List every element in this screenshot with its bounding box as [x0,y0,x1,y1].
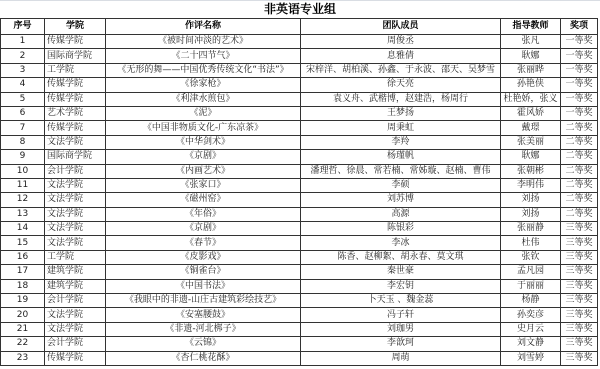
row-college: 工学院 [45,63,106,77]
row-award: 一等奖 [561,63,598,77]
table-row: 11文法学院《张家口》李硕李明伟二等奖 [1,178,598,192]
row-teacher: 孙奕彦 [501,308,561,322]
row-work: 《徐家枪》 [106,78,301,92]
row-work: 《京剧》 [106,150,301,164]
row-work: 《中华剑术》 [106,135,301,149]
row-no: 1 [1,35,45,49]
row-award: 二等奖 [561,178,598,192]
row-college: 建筑学院 [45,265,106,279]
row-members: 息雅倩 [301,49,501,63]
row-college: 传媒学院 [45,92,106,106]
row-college: 工学院 [45,250,106,264]
table-row: 10会计学院《内画艺术》潘理哲、徐晨、常若楠、常姊璇、赵楠、曹伟张朝彬二等奖 [1,164,598,178]
row-award: 一等奖 [561,49,598,63]
row-award: 二等奖 [561,135,598,149]
table-row: 22会计学院《云锦》李歆珂刘文静三等奖 [1,337,598,351]
table-row: 18建筑学院《中国书法》李宏钥于丽丽三等奖 [1,279,598,293]
row-college: 建筑学院 [45,279,106,293]
row-members: 宋梓洋、胡柏溪、孙鑫、于永波、邵天、吴梦雪 [301,63,501,77]
row-teacher: 张朝彬 [501,164,561,178]
row-work: 《杏仁桃花酥》 [106,351,301,365]
row-work: 《泥》 [106,106,301,120]
table-row: 1传媒学院《被时间冲淡的艺术》周俊丞张凡一等奖 [1,35,598,49]
row-no: 11 [1,178,45,192]
table-row: 2国际商学院《二十四节气》息雅倩耿娜一等奖 [1,49,598,63]
row-award: 一等奖 [561,92,598,106]
awards-table: 序号 学院 作评名称 团队成员 指导教师 奖项 1传媒学院《被时间冲淡的艺术》周… [0,18,598,366]
row-teacher: 耿娜 [501,150,561,164]
row-no: 22 [1,337,45,351]
table-row: 19会计学院《我眼中的非遗-山庄古建筑彩绘技艺》卜天玉 、魏金蕊杨静三等奖 [1,294,598,308]
row-no: 4 [1,78,45,92]
row-college: 会计学院 [45,337,106,351]
row-members: 李歆珂 [301,337,501,351]
table-row: 9国际商学院《京剧》杨瑾帆耿娜二等奖 [1,150,598,164]
row-teacher: 于丽丽 [501,279,561,293]
row-award: 二等奖 [561,193,598,207]
row-no: 7 [1,121,45,135]
row-award: 二等奖 [561,150,598,164]
row-members: 李羚 [301,135,501,149]
row-college: 国际商学院 [45,49,106,63]
row-college: 艺术学院 [45,106,106,120]
row-no: 8 [1,135,45,149]
row-college: 文法学院 [45,222,106,236]
header-college: 学院 [45,19,106,35]
table-row: 4传媒学院《徐家枪》徐天亮孙艳侠一等奖 [1,78,598,92]
row-college: 文法学院 [45,178,106,192]
row-college: 文法学院 [45,193,106,207]
header-award: 奖项 [561,19,598,35]
row-teacher: 刘扬 [501,207,561,221]
row-members: 李宏钥 [301,279,501,293]
row-award: 三等奖 [561,337,598,351]
row-work: 《春节》 [106,236,301,250]
row-members: 秦世豪 [301,265,501,279]
table-row: 14文法学院《京剧》陈银彩张丽静三等奖 [1,222,598,236]
row-college: 传媒学院 [45,78,106,92]
row-members: 高源 [301,207,501,221]
row-members: 刘珈男 [301,322,501,336]
row-college: 文法学院 [45,135,106,149]
row-teacher: 戴璟 [501,121,561,135]
table-row: 20文法学院《安塞腰鼓》冯子轩孙奕彦三等奖 [1,308,598,322]
row-work: 《京剧》 [106,222,301,236]
row-award: 三等奖 [561,222,598,236]
table-row: 6艺术学院《泥》王梦扬霍风娇一等奖 [1,106,598,120]
row-no: 14 [1,222,45,236]
header-work: 作评名称 [106,19,301,35]
table-row: 17建筑学院《铜雀台》秦世豪孟凡园三等奖 [1,265,598,279]
row-no: 15 [1,236,45,250]
row-award: 一等奖 [561,78,598,92]
row-teacher: 孙艳侠 [501,78,561,92]
row-college: 传媒学院 [45,35,106,49]
row-award: 三等奖 [561,322,598,336]
table-row: 16工学院《皮影戏》陈香、赵柳絮、胡永春、莫文琪张钦三等奖 [1,250,598,264]
row-award: 二等奖 [561,207,598,221]
row-teacher: 刘扬 [501,193,561,207]
row-teacher: 杜艳娇，张义 [501,92,561,106]
row-award: 三等奖 [561,236,598,250]
row-award: 三等奖 [561,250,598,264]
row-members: 刘苏博 [301,193,501,207]
row-work: 《无形的舞——中国优秀传统文化“书法”》 [106,63,301,77]
row-no: 20 [1,308,45,322]
row-teacher: 耿娜 [501,49,561,63]
row-teacher: 孟凡园 [501,265,561,279]
row-award: 三等奖 [561,294,598,308]
row-work: 《皮影戏》 [106,250,301,264]
row-college: 文法学院 [45,207,106,221]
row-members: 徐天亮 [301,78,501,92]
table-row: 13文法学院《年俗》高源刘扬二等奖 [1,207,598,221]
header-no: 序号 [1,19,45,35]
row-college: 文法学院 [45,322,106,336]
row-members: 周秉虹 [301,121,501,135]
row-college: 传媒学院 [45,351,106,365]
table-row: 7传媒学院《中国非物质文化-广东凉茶》周秉虹戴璟二等奖 [1,121,598,135]
row-award: 一等奖 [561,106,598,120]
row-members: 李硕 [301,178,501,192]
row-no: 18 [1,279,45,293]
row-teacher: 史月云 [501,322,561,336]
row-no: 5 [1,92,45,106]
row-no: 13 [1,207,45,221]
row-work: 《我眼中的非遗-山庄古建筑彩绘技艺》 [106,294,301,308]
row-work: 《非遗-河北梆子》 [106,322,301,336]
table-row: 15文法学院《春节》李冰杜伟三等奖 [1,236,598,250]
row-award: 三等奖 [561,265,598,279]
row-work: 《内画艺术》 [106,164,301,178]
row-work: 《铜雀台》 [106,265,301,279]
row-no: 6 [1,106,45,120]
row-members: 潘理哲、徐晨、常若楠、常姊璇、赵楠、曹伟 [301,164,501,178]
row-college: 国际商学院 [45,150,106,164]
row-teacher: 杜伟 [501,236,561,250]
row-members: 王梦扬 [301,106,501,120]
row-members: 杨瑾帆 [301,150,501,164]
row-award: 三等奖 [561,308,598,322]
row-teacher: 刘文静 [501,337,561,351]
row-teacher: 张钦 [501,250,561,264]
row-members: 卜天玉 、魏金蕊 [301,294,501,308]
row-work: 《利津水煎包》 [106,92,301,106]
table-row: 3工学院《无形的舞——中国优秀传统文化“书法”》宋梓洋、胡柏溪、孙鑫、于永波、邵… [1,63,598,77]
row-college: 文法学院 [45,236,106,250]
row-no: 9 [1,150,45,164]
row-no: 16 [1,250,45,264]
row-teacher: 张丽晔 [501,63,561,77]
row-work: 《云锦》 [106,337,301,351]
row-members: 周俊丞 [301,35,501,49]
row-award: 二等奖 [561,164,598,178]
row-no: 21 [1,322,45,336]
row-teacher: 张美丽 [501,135,561,149]
table-row: 8文法学院《中华剑术》李羚张美丽二等奖 [1,135,598,149]
row-teacher: 李明伟 [501,178,561,192]
row-college: 会计学院 [45,164,106,178]
header-members: 团队成员 [301,19,501,35]
row-no: 2 [1,49,45,63]
row-members: 陈银彩 [301,222,501,236]
table-title: 非英语专业组 [0,0,600,18]
row-teacher: 霍风娇 [501,106,561,120]
row-work: 《磁州窑》 [106,193,301,207]
row-work: 《中国书法》 [106,279,301,293]
row-award: 一等奖 [561,35,598,49]
row-work: 《被时间冲淡的艺术》 [106,35,301,49]
row-members: 冯子轩 [301,308,501,322]
row-work: 《年俗》 [106,207,301,221]
row-award: 三等奖 [561,279,598,293]
row-work: 《安塞腰鼓》 [106,308,301,322]
row-college: 文法学院 [45,308,106,322]
row-award: 二等奖 [561,121,598,135]
row-members: 周萌 [301,351,501,365]
row-members: 陈香、赵柳絮、胡永春、莫文琪 [301,250,501,264]
table-row: 12文法学院《磁州窑》刘苏博刘扬二等奖 [1,193,598,207]
row-no: 23 [1,351,45,365]
row-college: 会计学院 [45,294,106,308]
row-teacher: 刘雪婷 [501,351,561,365]
row-no: 19 [1,294,45,308]
table-row: 5传媒学院《利津水煎包》袁义舟、武楷博，赵建浩，杨周行杜艳娇，张义一等奖 [1,92,598,106]
row-work: 《张家口》 [106,178,301,192]
row-teacher: 杨静 [501,294,561,308]
header-teacher: 指导教师 [501,19,561,35]
table-row: 21文法学院《非遗-河北梆子》刘珈男史月云三等奖 [1,322,598,336]
row-work: 《二十四节气》 [106,49,301,63]
row-teacher: 张丽静 [501,222,561,236]
table-row: 23传媒学院《杏仁桃花酥》周萌刘雪婷三等奖 [1,351,598,365]
header-row: 序号 学院 作评名称 团队成员 指导教师 奖项 [1,19,598,35]
row-no: 17 [1,265,45,279]
row-members: 李冰 [301,236,501,250]
row-members: 袁义舟、武楷博，赵建浩，杨周行 [301,92,501,106]
row-no: 3 [1,63,45,77]
row-no: 12 [1,193,45,207]
row-college: 传媒学院 [45,121,106,135]
row-work: 《中国非物质文化-广东凉茶》 [106,121,301,135]
row-no: 10 [1,164,45,178]
row-teacher: 张凡 [501,35,561,49]
row-award: 三等奖 [561,351,598,365]
